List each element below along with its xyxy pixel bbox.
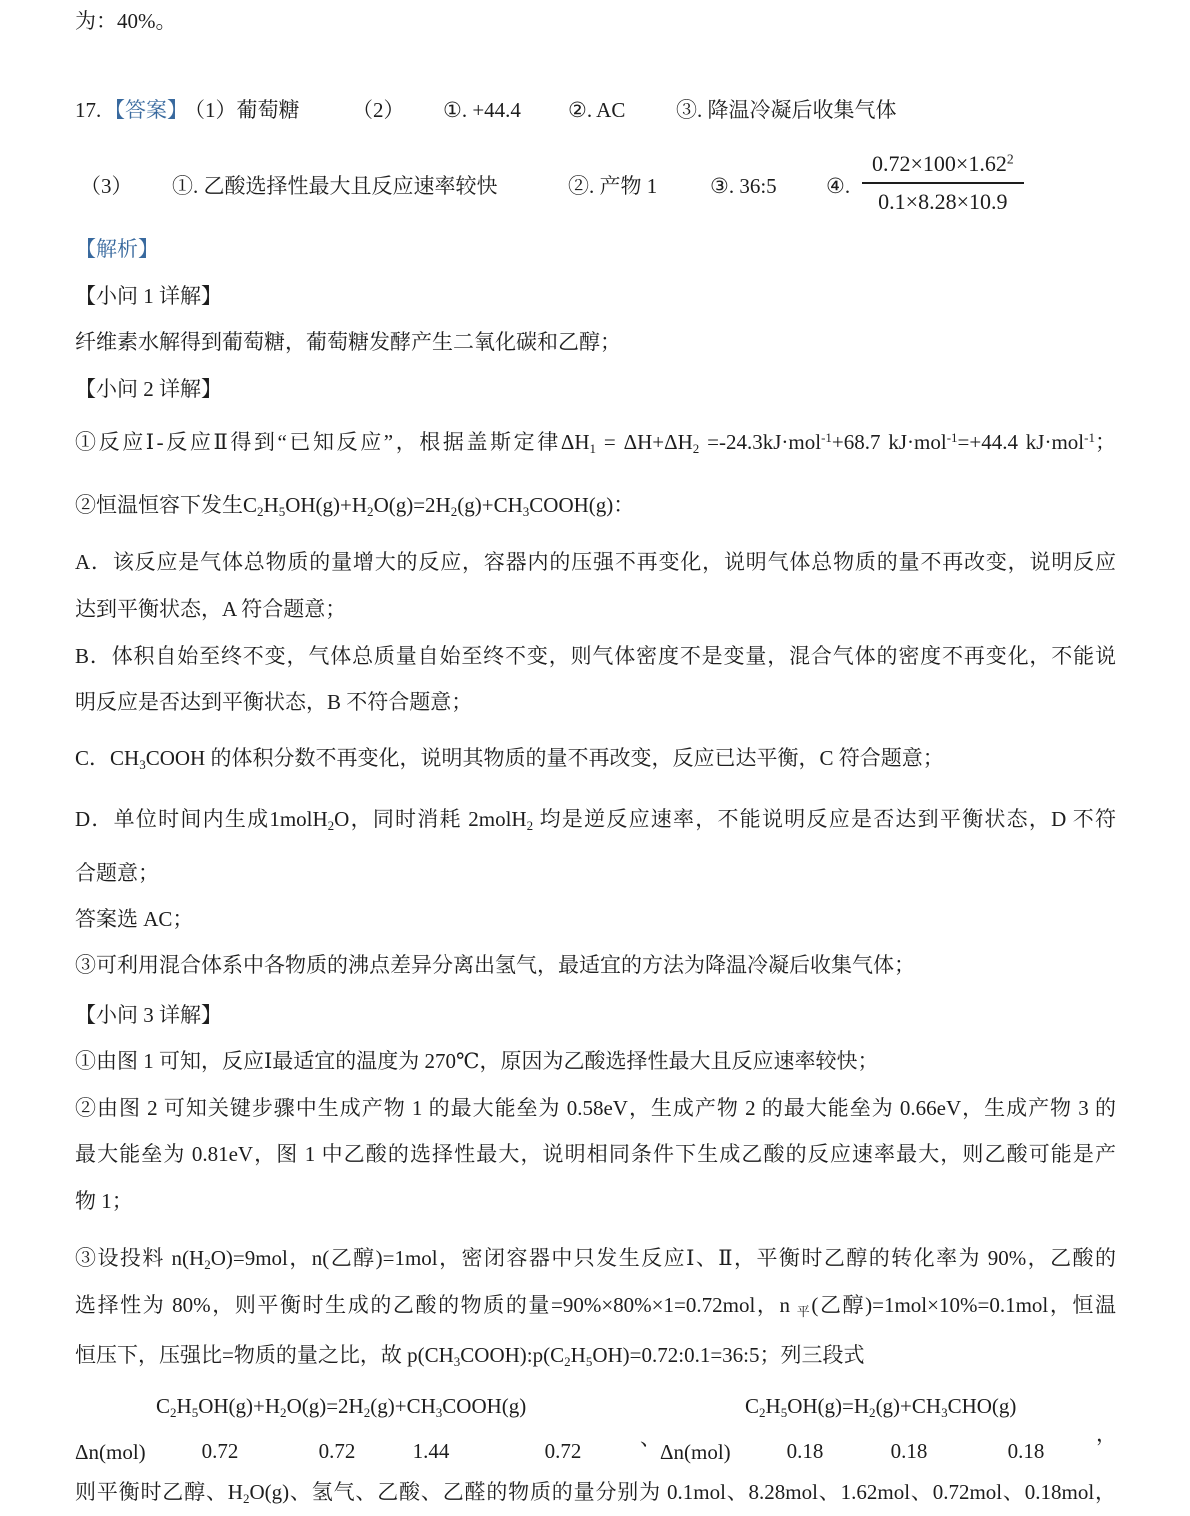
answer-select-line: 答案选 AC；: [75, 904, 1116, 934]
answer-part2-item3: ③. 降温冷凝后收集气体: [676, 96, 897, 124]
q3-item3-line3: 恒压下，压强比=物质的量之比，故 p(CH3COOH):p(C2H5OH)=0.…: [75, 1340, 1116, 1370]
option-d-line2: 合题意；: [75, 858, 1116, 888]
answer-part1: （1）葡萄糖: [184, 96, 300, 124]
q2-item3: ③可利用混合体系中各物质的沸点差异分离出氢气，最适宜的方法为降温冷凝后收集气体；: [75, 950, 1116, 980]
carryover-text: 为：40%。: [75, 6, 1116, 36]
eq2-delta-value: 0.18: [995, 1438, 1057, 1464]
equation-1: C2H5OH(g)+H2O(g)=2H2(g)+CH3COOH(g): [156, 1392, 526, 1420]
fraction-denominator: 0.1×8.28×10.9: [862, 184, 1024, 216]
q2-header: 【小问 2 详解】: [75, 374, 1116, 404]
q3-item2-line1: ②由图 2 可知关键步骤中生成产物 1 的最大能垒为 0.58eV，生成产物 2…: [75, 1093, 1116, 1123]
answer-part2: （2）: [352, 96, 405, 124]
q3-item1: ①由图 1 可知，反应Ⅰ最适宜的温度为 270℃，原因为乙酸选择性最大且反应速率…: [75, 1046, 1116, 1076]
three-stage-tables: C2H5OH(g)+H2O(g)=2H2(g)+CH3COOH(g) Δn(mo…: [0, 1390, 1190, 1472]
q2-item2-equation: ②恒温恒容下发生C2H5OH(g)+H2O(g)=2H2(g)+CH3COOH(…: [75, 490, 1116, 520]
eq1-delta-value: 0.72: [306, 1438, 368, 1464]
eq2-delta-value: 0.18: [878, 1438, 940, 1464]
answer-part2-item2: ②. AC: [568, 96, 625, 124]
q3-item3-line1: ③设投料 n(H2O)=9mol，n(乙醇)=1mol，密闭容器中只发生反应Ⅰ、…: [75, 1243, 1116, 1273]
option-a-line2: 达到平衡状态，A 符合题意；: [75, 594, 1116, 624]
eq2-delta-value: 0.18: [774, 1438, 836, 1464]
q2-item1: ①反应Ⅰ-反应Ⅱ得到“已知反应”，根据盖斯定律ΔH1 = ΔH+ΔH2 =-24…: [75, 427, 1116, 457]
eq1-delta-value: 0.72: [532, 1438, 594, 1464]
option-d-line1: D．单位时间内生成1molH2O，同时消耗 2molH2 均是逆反应速率，不能说…: [75, 804, 1116, 834]
final-summary-line: 则平衡时乙醇、H2O(g)、氢气、乙酸、乙醛的物质的量分别为 0.1mol、8.…: [75, 1477, 1116, 1507]
table-trailing-comma: ，: [1096, 1420, 1117, 1448]
option-c-line: C．CH3COOH 的体积分数不再变化，说明其物质的量不再改变，反应已达平衡，C…: [75, 743, 1116, 773]
q3-item2-line3: 物 1；: [75, 1186, 1116, 1216]
fraction-numerator: 0.72×100×1.622: [862, 148, 1024, 184]
eq1-delta-value: 0.72: [189, 1438, 251, 1464]
analysis-label: 【解析】: [75, 234, 1116, 264]
q3-header: 【小问 3 详解】: [75, 1000, 1116, 1030]
q1-header: 【小问 1 详解】: [75, 281, 1116, 311]
answer-part3: （3）: [80, 172, 133, 200]
equation-2: C2H5OH(g)=H2(g)+CH3CHO(g): [745, 1392, 1016, 1420]
q3-item2-line2: 最大能垒为 0.81eV，图 1 中乙酸的选择性最大，说明相同条件下生成乙酸的反…: [75, 1139, 1116, 1169]
eq1-delta-value: 1.44: [400, 1438, 462, 1464]
delta-n-label-1: Δn(mol): [75, 1438, 146, 1466]
answer-label: 【答案】: [104, 96, 188, 124]
option-b-line2: 明反应是否达到平衡状态，B 不符合题意；: [75, 687, 1116, 717]
answer-part3-item3: ③. 36:5: [710, 172, 777, 200]
answer-fraction: 0.72×100×1.622 0.1×8.28×10.9: [862, 148, 1024, 216]
answer-part3-item1: ①. 乙酸选择性最大且反应速率较快: [172, 172, 498, 200]
table-separator: 、: [640, 1424, 661, 1452]
option-a-line1: A．该反应是气体总物质的量增大的反应，容器内的压强不再变化，说明气体总物质的量不…: [75, 547, 1116, 577]
q3-item3-line2: 选择性为 80%，则平衡时生成的乙酸的物质的量=90%×80%×1=0.72mo…: [75, 1290, 1116, 1320]
answer-part2-item1: ①. +44.4: [443, 96, 521, 124]
answer-part3-item2: ②. 产物 1: [568, 172, 657, 200]
option-b-line1: B．体积自始至终不变，气体总质量自始至终不变，则气体密度不是变量，混合气体的密度…: [75, 641, 1116, 671]
q1-text: 纤维素水解得到葡萄糖，葡萄糖发酵产生二氧化碳和乙醇；: [75, 327, 1116, 357]
fraction: 0.72×100×1.622 0.1×8.28×10.9: [862, 148, 1024, 216]
delta-n-label-2: Δn(mol): [660, 1438, 731, 1466]
answer-part3-item4: ④.: [826, 172, 850, 200]
document-page: 为：40%。 17. 【答案】 （1）葡萄糖 （2） ①. +44.4 ②. A…: [0, 0, 1190, 1516]
question-number: 17.: [75, 96, 101, 124]
